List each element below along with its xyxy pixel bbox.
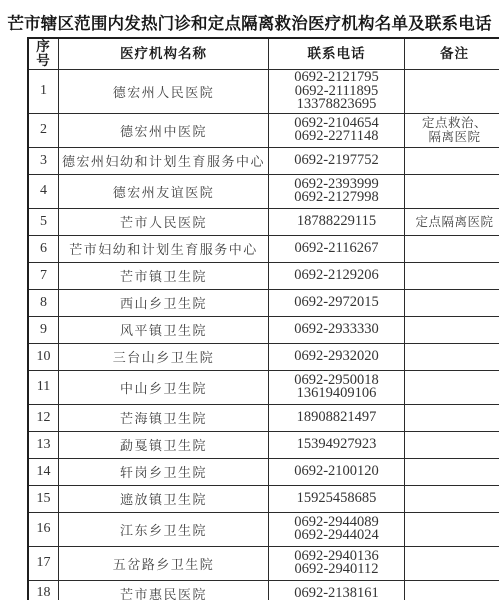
remark-cell	[405, 316, 499, 343]
row-number-cell: 4	[28, 174, 59, 208]
phone-cell: 0692-2972015	[269, 289, 405, 316]
header-institution-name: 医疗机构名称	[59, 38, 269, 70]
header-serial-number: 序号	[28, 38, 59, 70]
row-number-cell: 10	[28, 343, 59, 370]
remark-cell: 定点救治、隔离医院	[405, 113, 499, 147]
phone-cell: 0692-23939990692-2127998	[269, 174, 405, 208]
institution-name-cell: 西山乡卫生院	[59, 289, 269, 316]
row-number-cell: 1	[28, 70, 59, 114]
institution-name-cell: 江东乡卫生院	[59, 512, 269, 546]
phone-number: 18908821497	[271, 411, 402, 425]
remark-cell	[405, 512, 499, 546]
phone-number: 0692-2138161	[271, 587, 402, 600]
table-row: 17 五岔路乡卫生院 0692-29401360692-2940112	[28, 546, 499, 580]
institution-name-cell: 遮放镇卫生院	[59, 485, 269, 512]
row-number-cell: 8	[28, 289, 59, 316]
row-number-cell: 2	[28, 113, 59, 147]
row-number-cell: 11	[28, 370, 59, 404]
institution-name-cell: 芒市惠民医院	[59, 580, 269, 600]
phone-cell: 0692-2116267	[269, 235, 405, 262]
phone-number: 13619409106	[271, 387, 402, 401]
phone-number: 15925458685	[271, 492, 402, 506]
phone-cell: 0692-2138161	[269, 580, 405, 600]
institution-name-cell: 勐戛镇卫生院	[59, 431, 269, 458]
institution-name-cell: 芒市妇幼和计划生育服务中心	[59, 235, 269, 262]
row-number-cell: 17	[28, 546, 59, 580]
row-number-cell: 15	[28, 485, 59, 512]
institution-name-cell: 德宏州人民医院	[59, 70, 269, 114]
institution-name-cell: 德宏州妇幼和计划生育服务中心	[59, 147, 269, 174]
remark-cell	[405, 174, 499, 208]
institution-name-cell: 芒海镇卫生院	[59, 404, 269, 431]
phone-number: 0692-2271148	[271, 130, 402, 144]
institution-name-cell: 三台山乡卫生院	[59, 343, 269, 370]
row-number-cell: 12	[28, 404, 59, 431]
table-body: 1 德宏州人民医院 0692-21217950692-2111895133788…	[28, 70, 499, 600]
remark-text: 定点救治、	[407, 116, 499, 130]
phone-cell: 18788229115	[269, 208, 405, 235]
table-row: 13 勐戛镇卫生院 15394927923	[28, 431, 499, 458]
table-header: 序号 医疗机构名称 联系电话 备注	[28, 38, 499, 70]
institution-name-cell: 德宏州友谊医院	[59, 174, 269, 208]
remark-cell	[405, 370, 499, 404]
phone-number: 0692-2197752	[271, 154, 402, 168]
remark-cell	[405, 485, 499, 512]
phone-number: 13378823695	[271, 98, 402, 112]
row-number-cell: 16	[28, 512, 59, 546]
document-page: 芒市辖区范围内发热门诊和定点隔离救治医疗机构名单及联系电话 序号 医疗机构名称 …	[0, 0, 499, 600]
row-number-cell: 5	[28, 208, 59, 235]
remark-cell: 定点隔离医院	[405, 208, 499, 235]
header-row: 序号 医疗机构名称 联系电话 备注	[28, 38, 499, 70]
phone-cell: 0692-21046540692-2271148	[269, 113, 405, 147]
institution-name-cell: 轩岗乡卫生院	[59, 458, 269, 485]
phone-cell: 0692-21217950692-211189513378823695	[269, 70, 405, 114]
institution-name-cell: 中山乡卫生院	[59, 370, 269, 404]
phone-number: 15394927923	[271, 438, 402, 452]
table-row: 6 芒市妇幼和计划生育服务中心 0692-2116267	[28, 235, 499, 262]
row-number-cell: 6	[28, 235, 59, 262]
table-row: 11 中山乡卫生院 0692-295001813619409106	[28, 370, 499, 404]
phone-cell: 15925458685	[269, 485, 405, 512]
table-row: 10 三台山乡卫生院 0692-2932020	[28, 343, 499, 370]
row-number-cell: 13	[28, 431, 59, 458]
table-row: 3 德宏州妇幼和计划生育服务中心 0692-2197752	[28, 147, 499, 174]
phone-cell: 0692-29401360692-2940112	[269, 546, 405, 580]
remark-text: 定点隔离医院	[407, 215, 499, 229]
phone-cell: 15394927923	[269, 431, 405, 458]
header-contact-phone: 联系电话	[269, 38, 405, 70]
row-number-cell: 3	[28, 147, 59, 174]
institution-name-cell: 芒市镇卫生院	[59, 262, 269, 289]
table-row: 1 德宏州人民医院 0692-21217950692-2111895133788…	[28, 70, 499, 114]
table-row: 4 德宏州友谊医院 0692-23939990692-2127998	[28, 174, 499, 208]
table-row: 2 德宏州中医院 0692-21046540692-2271148 定点救治、隔…	[28, 113, 499, 147]
remark-cell	[405, 546, 499, 580]
row-number-cell: 7	[28, 262, 59, 289]
remark-cell	[405, 147, 499, 174]
phone-cell: 0692-2197752	[269, 147, 405, 174]
phone-number: 0692-2100120	[271, 465, 402, 479]
table-row: 8 西山乡卫生院 0692-2972015	[28, 289, 499, 316]
remark-cell	[405, 431, 499, 458]
remark-cell	[405, 289, 499, 316]
institution-name-cell: 芒市人民医院	[59, 208, 269, 235]
remark-cell	[405, 580, 499, 600]
phone-cell: 0692-2129206	[269, 262, 405, 289]
phone-number: 0692-2932020	[271, 350, 402, 364]
phone-number: 0692-2129206	[271, 269, 402, 283]
phone-number: 0692-2944024	[271, 529, 402, 543]
institution-name-cell: 德宏州中医院	[59, 113, 269, 147]
remark-cell	[405, 343, 499, 370]
phone-number: 18788229115	[271, 215, 402, 229]
table-row: 18 芒市惠民医院 0692-2138161	[28, 580, 499, 600]
phone-number: 0692-2127998	[271, 191, 402, 205]
table-row: 12 芒海镇卫生院 18908821497	[28, 404, 499, 431]
table-row: 5 芒市人民医院 18788229115 定点隔离医院	[28, 208, 499, 235]
table-row: 7 芒市镇卫生院 0692-2129206	[28, 262, 499, 289]
row-number-cell: 14	[28, 458, 59, 485]
phone-number: 0692-2933330	[271, 323, 402, 337]
phone-number: 0692-2116267	[271, 242, 402, 256]
page-title: 芒市辖区范围内发热门诊和定点隔离救治医疗机构名单及联系电话	[0, 0, 499, 34]
remark-cell	[405, 404, 499, 431]
remark-cell	[405, 70, 499, 114]
remark-cell	[405, 235, 499, 262]
header-remarks: 备注	[405, 38, 499, 70]
institution-name-cell: 五岔路乡卫生院	[59, 546, 269, 580]
remark-text: 隔离医院	[407, 130, 499, 144]
remark-cell	[405, 262, 499, 289]
institutions-table: 序号 医疗机构名称 联系电话 备注 1 德宏州人民医院 0692-2121795…	[27, 37, 499, 600]
phone-cell: 18908821497	[269, 404, 405, 431]
table-row: 9 风平镇卫生院 0692-2933330	[28, 316, 499, 343]
row-number-cell: 18	[28, 580, 59, 600]
remark-cell	[405, 458, 499, 485]
phone-number: 0692-2972015	[271, 296, 402, 310]
table-row: 16 江东乡卫生院 0692-29440890692-2944024	[28, 512, 499, 546]
phone-cell: 0692-2932020	[269, 343, 405, 370]
phone-cell: 0692-2933330	[269, 316, 405, 343]
table-row: 15 遮放镇卫生院 15925458685	[28, 485, 499, 512]
row-number-cell: 9	[28, 316, 59, 343]
institution-name-cell: 风平镇卫生院	[59, 316, 269, 343]
phone-number: 0692-2940112	[271, 563, 402, 577]
phone-cell: 0692-295001813619409106	[269, 370, 405, 404]
table-row: 14 轩岗乡卫生院 0692-2100120	[28, 458, 499, 485]
phone-cell: 0692-2100120	[269, 458, 405, 485]
phone-cell: 0692-29440890692-2944024	[269, 512, 405, 546]
